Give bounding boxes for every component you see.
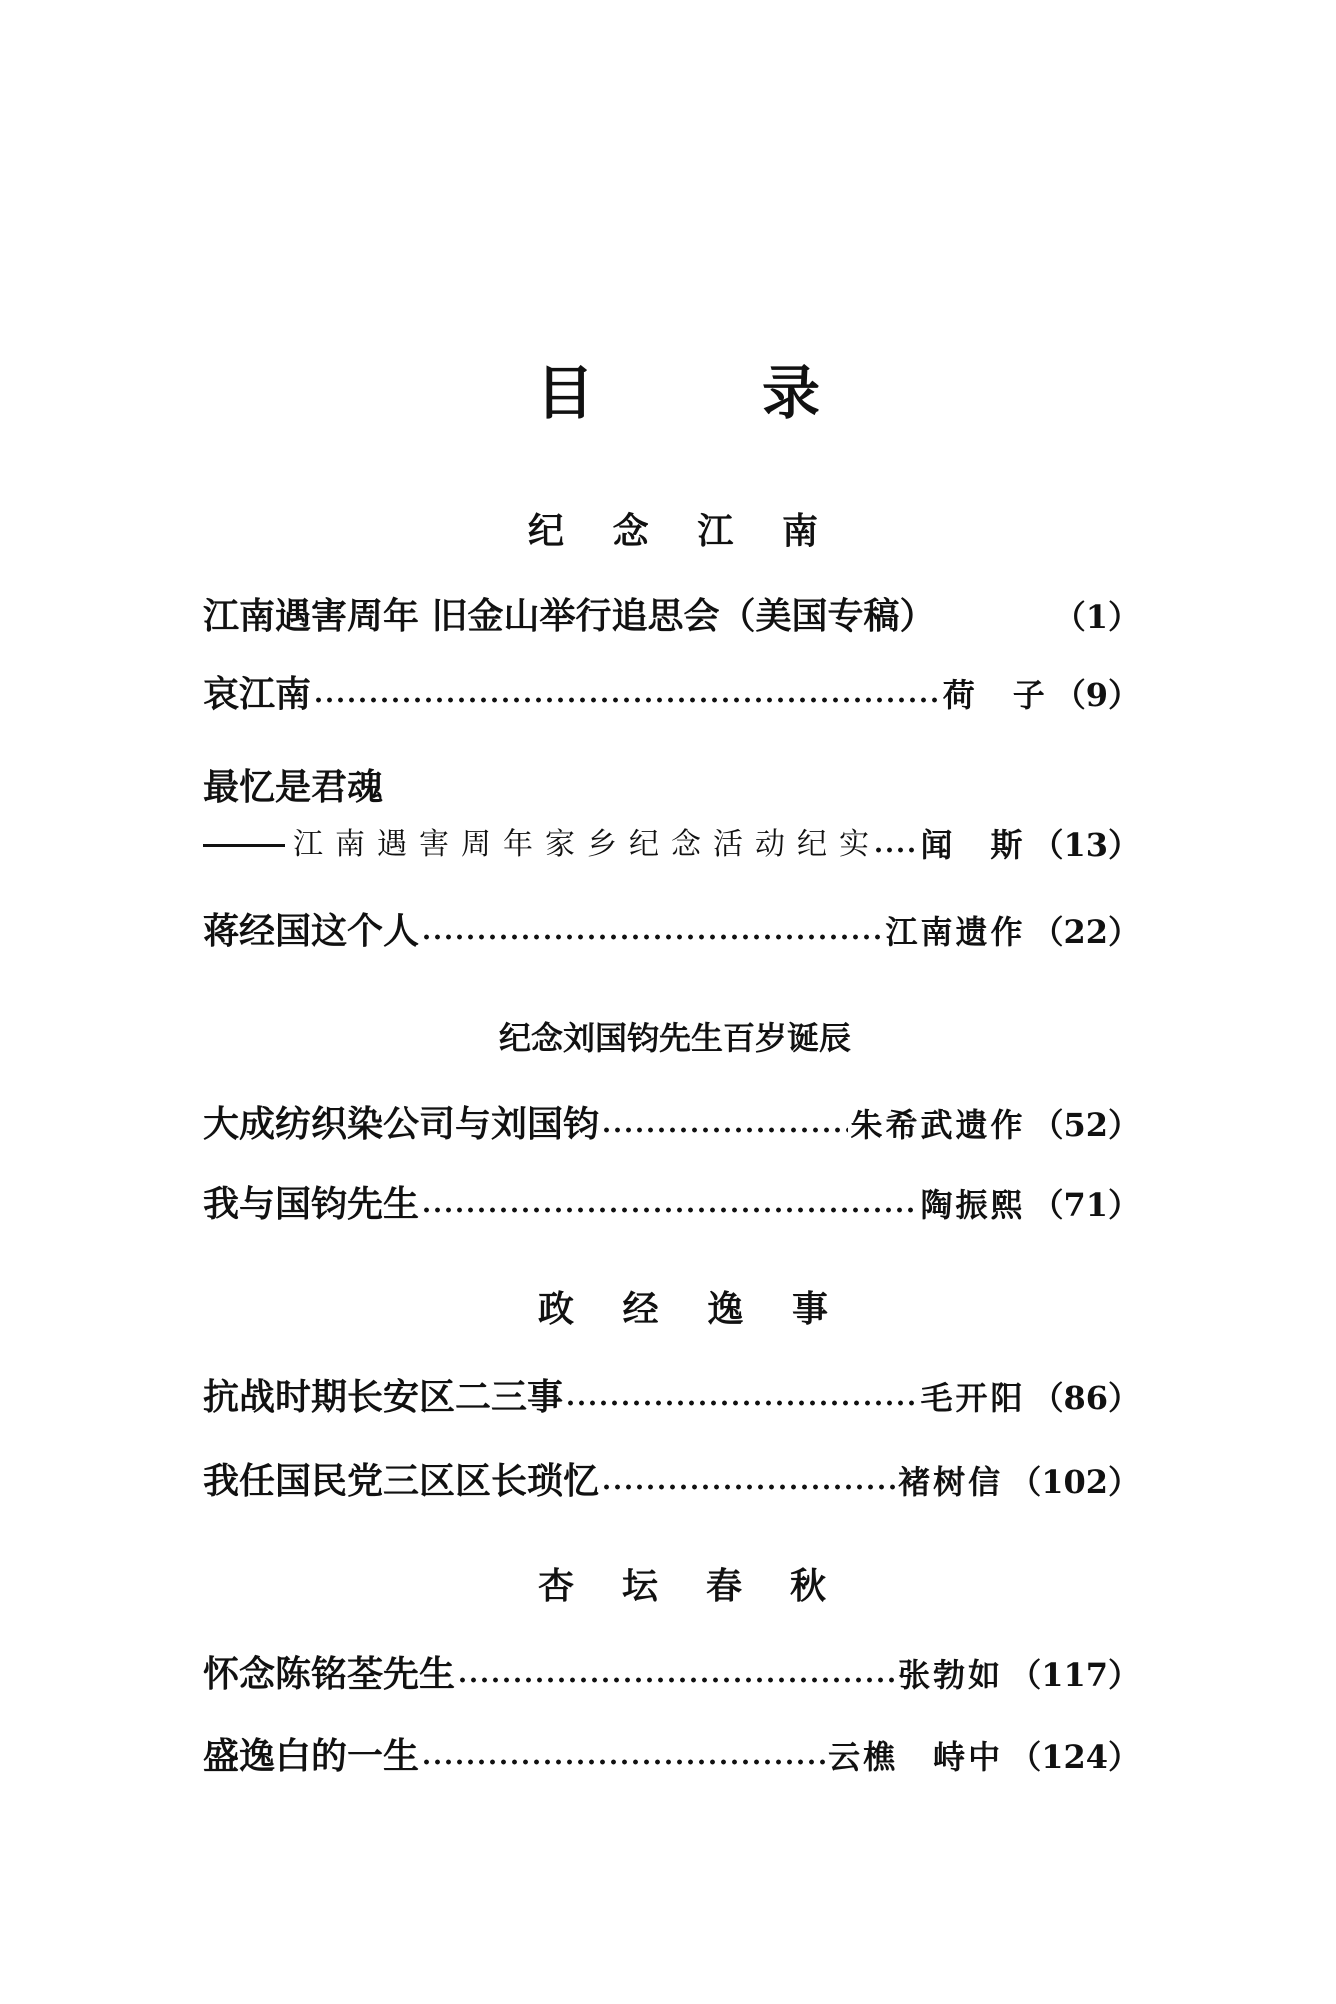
toc-entry[interactable]: 怀念陈铭荃先生 张勃如 （117）	[203, 1654, 1140, 1696]
section-heading-char: 秋	[790, 1567, 826, 1607]
section-heading-char: 江	[697, 512, 733, 552]
entry-page: （13）	[1031, 825, 1140, 865]
toc-entry[interactable]: 最忆是君魂	[203, 767, 1140, 809]
entry-author: 褚树信	[898, 1461, 1003, 1503]
section-heading-char: 纪	[528, 512, 564, 552]
section-heading-char: 南	[782, 512, 818, 552]
toc-entry[interactable]: 抗战时期长安区二三事 毛开阳 （86）	[203, 1377, 1140, 1419]
section-heading-char: 春	[706, 1567, 742, 1607]
entry-page: （52）	[1031, 1104, 1140, 1146]
entry-page: （117）	[1009, 1654, 1140, 1696]
toc-entry[interactable]: 江南遇害周年 旧金山举行追思会（美国专稿） （1）	[203, 596, 1140, 638]
toc-entry[interactable]: 盛逸白的一生 云樵 峙中 （124）	[203, 1736, 1140, 1778]
entry-author: 江南遗作	[885, 911, 1025, 953]
section-heading: 纪念刘国钧先生百岁诞辰	[450, 1018, 900, 1058]
em-dash	[203, 844, 285, 847]
entry-title: 大成纺织染公司与刘国钧	[203, 1104, 599, 1146]
entry-author: 朱希武遗作	[850, 1104, 1025, 1146]
toc-entry[interactable]: 我任国民党三区区长琐忆 褚树信 （102）	[203, 1461, 1140, 1503]
leader-dots	[873, 825, 916, 865]
entry-page: （124）	[1009, 1736, 1140, 1778]
section-heading-char: 念	[613, 512, 649, 552]
page-title-char: 目	[536, 362, 594, 424]
entry-title: 盛逸白的一生	[203, 1736, 419, 1778]
section-heading-char: 坛	[622, 1567, 658, 1607]
section-heading: 纪 念 江 南	[528, 512, 818, 552]
entry-author: 荷 子	[943, 674, 1048, 716]
entry-page: （86）	[1031, 1377, 1140, 1419]
entry-author: 毛开阳	[920, 1377, 1025, 1419]
leader-dots	[421, 911, 883, 953]
section-heading-char: 经	[623, 1290, 659, 1330]
toc-entry[interactable]: 大成纺织染公司与刘国钧 朱希武遗作 （52）	[203, 1104, 1140, 1146]
toc-entry-subtitle-line[interactable]: 江南遇害周年家乡纪念活动纪实 闻 斯 （13）	[203, 825, 1140, 865]
entry-title: 抗战时期长安区二三事	[203, 1377, 563, 1419]
entry-page: （22）	[1031, 911, 1140, 953]
leader-dots	[421, 1184, 918, 1226]
entry-author: 闻 斯	[920, 825, 1025, 865]
page-title: 目 录	[536, 362, 820, 424]
leader-dots	[601, 1104, 848, 1146]
section-heading-char: 逸	[707, 1290, 743, 1330]
entry-page: （102）	[1009, 1461, 1140, 1503]
entry-title: 哀江南	[203, 674, 311, 716]
entry-author: 陶振熙	[920, 1184, 1025, 1226]
section-heading-char: 政	[538, 1290, 574, 1330]
leader-dots	[601, 1461, 896, 1503]
entry-title: 我与国钧先生	[203, 1184, 419, 1226]
entry-title: 蒋经国这个人	[203, 911, 419, 953]
entry-page: （71）	[1031, 1184, 1140, 1226]
entry-author: 张勃如	[898, 1654, 1003, 1696]
page-title-char: 录	[762, 362, 820, 424]
toc-entry[interactable]: 哀江南 荷 子 （9）	[203, 674, 1140, 716]
toc-entry[interactable]: 蒋经国这个人 江南遗作 （22）	[203, 911, 1140, 953]
leader-dots	[421, 1736, 826, 1778]
leader-dots	[313, 674, 941, 716]
entry-subtitle: 江南遇害周年家乡纪念活动纪实	[293, 825, 881, 865]
section-heading-text: 纪念刘国钧先生百岁诞辰	[499, 1018, 851, 1058]
section-heading-char: 杏	[538, 1567, 574, 1607]
section-heading-char: 事	[792, 1290, 828, 1330]
entry-page: （9）	[1054, 674, 1140, 716]
entry-title: 最忆是君魂	[203, 767, 383, 809]
entry-page: （1）	[1054, 596, 1140, 638]
leader-dots	[457, 1654, 896, 1696]
section-heading: 杏 坛 春 秋	[538, 1567, 826, 1607]
entry-title: 我任国民党三区区长琐忆	[203, 1461, 599, 1503]
leader-dots	[565, 1377, 918, 1419]
table-of-contents-page: 目 录 纪 念 江 南 江南遇害周年 旧金山举行追思会（美国专稿） （1） 哀江…	[0, 0, 1336, 2004]
entry-author: 云樵 峙中	[828, 1736, 1003, 1778]
toc-entry[interactable]: 我与国钧先生 陶振熙 （71）	[203, 1184, 1140, 1226]
entry-title: 江南遇害周年 旧金山举行追思会（美国专稿）	[203, 596, 936, 638]
entry-title: 怀念陈铭荃先生	[203, 1654, 455, 1696]
section-heading: 政 经 逸 事	[538, 1290, 828, 1330]
